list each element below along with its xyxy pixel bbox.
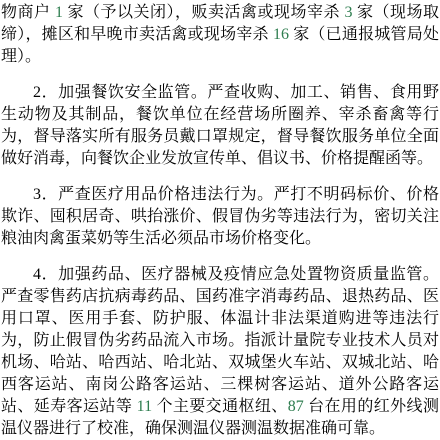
text-segment: 4．加强药品、医疗器械及疫情应急处置物资质量监管。严查零售药店抗病毒药品、国药准… <box>1 266 439 415</box>
inline-number: 11 <box>137 398 152 415</box>
paragraph-2: 2．加强餐饮安全监管。严查收购、加工、销售、食用野生动物及其制品，餐饮单位在经营… <box>1 82 439 170</box>
inline-number: 1 <box>55 4 63 21</box>
text-segment: 家（予以关闭），贩卖活禽或现场宰杀 <box>63 4 344 21</box>
inline-number: 87 <box>288 398 304 415</box>
document-page: 物商户 1 家（予以关闭），贩卖活禽或现场宰杀 3 家（现场取缔），摊区和早晚市… <box>0 0 440 440</box>
inline-number: 16 <box>273 26 289 43</box>
paragraph-1: 物商户 1 家（予以关闭），贩卖活禽或现场宰杀 3 家（现场取缔），摊区和早晚市… <box>1 2 439 68</box>
text-segment: 个主要交通枢纽、 <box>152 398 288 415</box>
text-segment: 3．严查医疗用品价格违法行为。严打不明码标价、价格欺诈、囤积居奇、哄抬涨价、假冒… <box>1 186 439 247</box>
text-segment: 2．加强餐饮安全监管。严查收购、加工、销售、食用野生动物及其制品，餐饮单位在经营… <box>1 84 439 167</box>
paragraph-4: 4．加强药品、医疗器械及疫情应急处置物资质量监管。严查零售药店抗病毒药品、国药准… <box>1 264 439 440</box>
paragraph-3: 3．严查医疗用品价格违法行为。严打不明码标价、价格欺诈、囤积居奇、哄抬涨价、假冒… <box>1 184 439 250</box>
text-segment: 物商户 <box>1 4 55 21</box>
